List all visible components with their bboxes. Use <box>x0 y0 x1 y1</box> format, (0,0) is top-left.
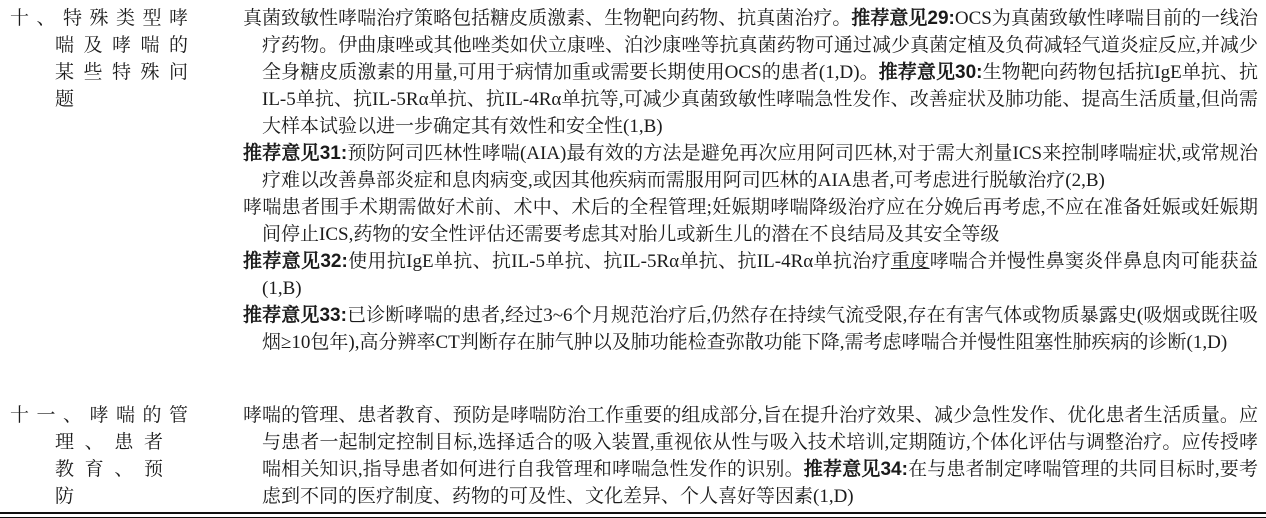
text-run: 预防阿司匹林性哮喘(AIA)最有效的方法是避免再次应用阿司匹林,对于需大剂量IC… <box>262 143 1258 191</box>
section-label-line: 理、患者 <box>55 429 163 456</box>
text-run: 使用抗IgE单抗、抗IL-5单抗、抗IL-5Rα单抗、抗IL-4Rα单抗治疗 <box>348 251 891 272</box>
section-label-continuation: 喘及哮喘的 某些特殊问 题 <box>55 32 188 113</box>
paragraph: 哮喘患者围手术期需做好术前、术中、术后的全程管理;妊娠期哮喘降级治疗应在分娩后再… <box>243 194 1258 248</box>
table-row-asthma-management: 十一、哮喘的管 理、患者 教育、预 防 哮喘的管理、患者教育、预防是哮喘防治工作… <box>0 402 1266 510</box>
text-run: 重度 <box>891 251 930 272</box>
text-run: 哮喘患者围手术期需做好术前、术中、术后的全程管理;妊娠期哮喘降级治疗应在分娩后再… <box>243 197 1258 245</box>
section-label-line: 防 <box>55 483 163 510</box>
section-label-line: 题 <box>55 86 188 113</box>
paragraph: 推荐意见33:已诊断哮喘的患者,经过3~6个月规范治疗后,仍然存在持续气流受限,… <box>243 302 1258 356</box>
section-label-special-asthma: 十、特殊类型哮 喘及哮喘的 某些特殊问 题 <box>0 5 243 113</box>
recommendation-label: 推荐意见30: <box>879 62 983 83</box>
paragraph: 推荐意见31:预防阿司匹林性哮喘(AIA)最有效的方法是避免再次应用阿司匹林,对… <box>243 140 1258 194</box>
text-run: 真菌致敏性哮喘治疗策略包括糖皮质激素、生物靶向药物、抗真菌治疗。 <box>243 8 851 29</box>
section-label-asthma-management: 十一、哮喘的管 理、患者 教育、预 防 <box>0 402 243 510</box>
section-body-special-asthma: 真菌致敏性哮喘治疗策略包括糖皮质激素、生物靶向药物、抗真菌治疗。推荐意见29:O… <box>243 5 1266 356</box>
text-run: 已诊断哮喘的患者,经过3~6个月规范治疗后,仍然存在持续气流受限,存在有害气体或… <box>262 305 1258 353</box>
recommendation-label: 推荐意见33: <box>243 305 347 326</box>
paragraph: 真菌致敏性哮喘治疗策略包括糖皮质激素、生物靶向药物、抗真菌治疗。推荐意见29:O… <box>243 5 1258 140</box>
section-label-line: 教育、预 <box>55 456 163 483</box>
table-row-special-asthma: 十、特殊类型哮 喘及哮喘的 某些特殊问 题 真菌致敏性哮喘治疗策略包括糖皮质激素… <box>0 5 1266 356</box>
paragraph: 哮喘的管理、患者教育、预防是哮喘防治工作重要的组成部分,旨在提升治疗效果、减少急… <box>243 402 1258 510</box>
section-label-line: 十、特殊类型哮 <box>10 5 188 32</box>
table-bottom-double-rule <box>0 512 1266 518</box>
section-label-line: 某些特殊问 <box>55 59 188 86</box>
section-label-line: 十一、哮喘的管 <box>10 402 188 429</box>
paragraph: 推荐意见32:使用抗IgE单抗、抗IL-5单抗、抗IL-5Rα单抗、抗IL-4R… <box>243 248 1258 302</box>
recommendation-label: 推荐意见31: <box>243 143 347 164</box>
section-label-continuation: 理、患者 教育、预 防 <box>55 429 163 510</box>
recommendation-label: 推荐意见29: <box>851 8 955 29</box>
guideline-table: 十、特殊类型哮 喘及哮喘的 某些特殊问 题 真菌致敏性哮喘治疗策略包括糖皮质激素… <box>0 0 1266 518</box>
section-body-asthma-management: 哮喘的管理、患者教育、预防是哮喘防治工作重要的组成部分,旨在提升治疗效果、减少急… <box>243 402 1266 510</box>
recommendation-label: 推荐意见32: <box>243 251 348 272</box>
recommendation-label: 推荐意见34: <box>804 459 908 480</box>
section-label-line: 喘及哮喘的 <box>55 32 188 59</box>
